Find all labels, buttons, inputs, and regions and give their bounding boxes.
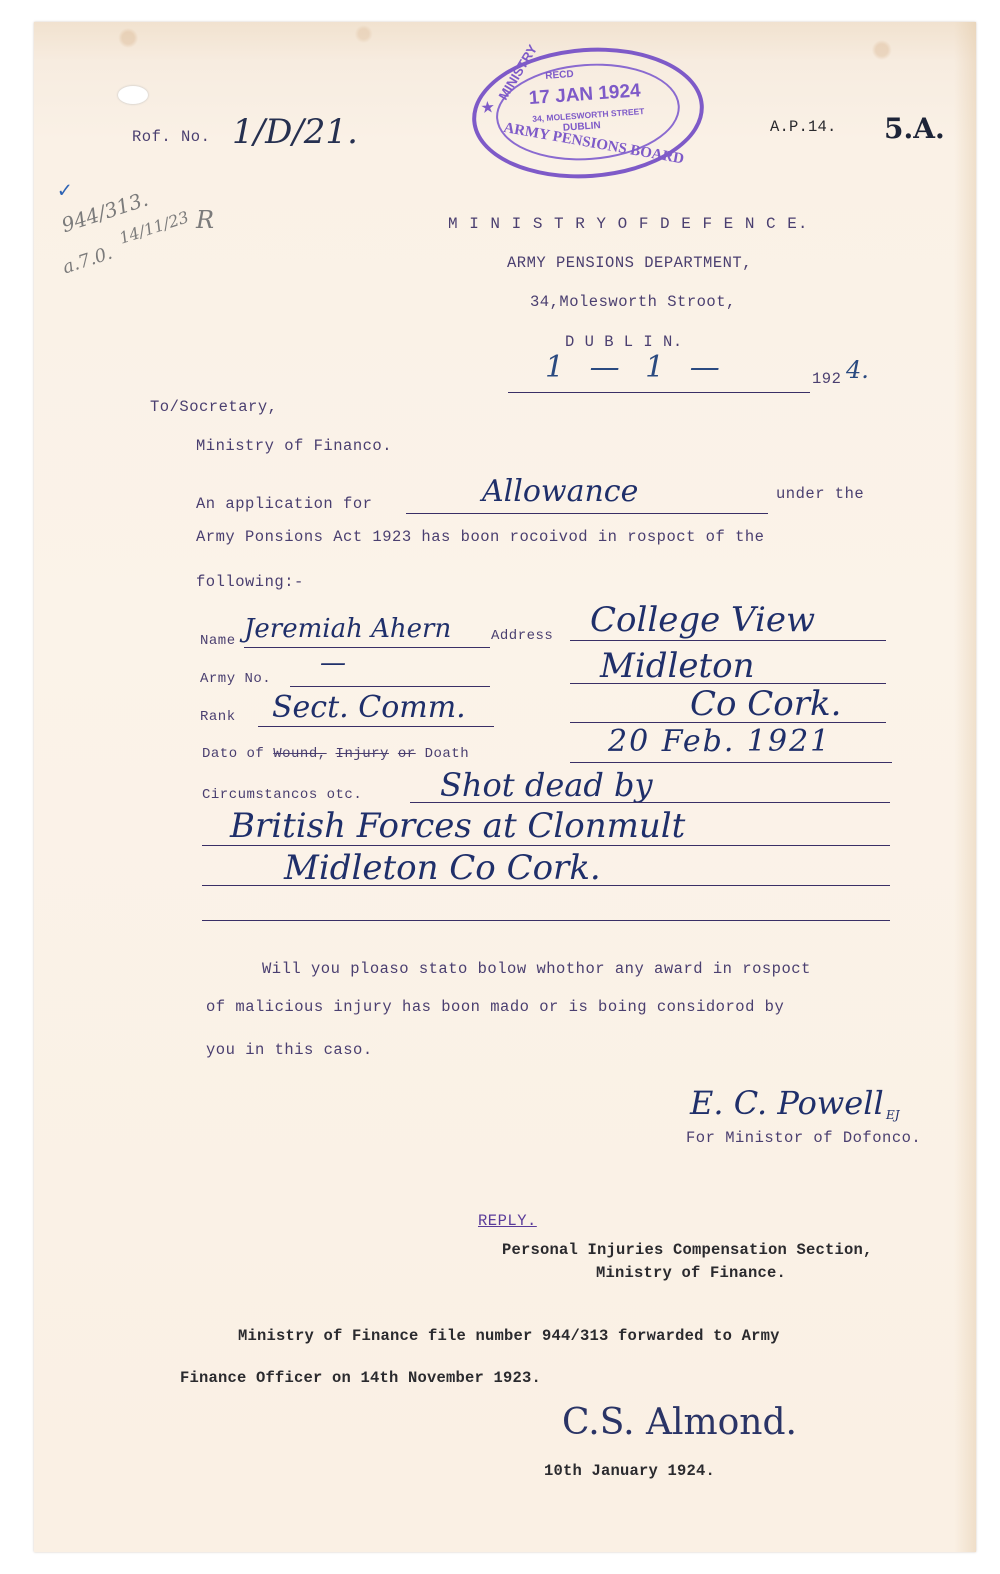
date-label-suffix: Doath <box>425 746 470 762</box>
application-prefix: An application for <box>196 495 372 513</box>
body-line2: Army Ponsions Act 1923 has boon rocoivod… <box>196 528 765 546</box>
ref-value: 1/D/21. <box>232 112 358 152</box>
address-label: Address <box>491 628 553 644</box>
letterhead-city: D U B L I N. <box>565 333 683 351</box>
stamp-received: RECD <box>545 69 574 82</box>
reply-section-line2: Ministry of Finance. <box>596 1264 786 1282</box>
file-mark: 5.A. <box>884 112 945 145</box>
letter-date-handwritten: 1 — 1 — <box>545 350 728 385</box>
application-type: Allowance <box>482 474 638 509</box>
application-type-underline <box>406 513 768 514</box>
reply-section-line1: Personal Injuries Compensation Section, <box>502 1241 873 1259</box>
date-underline-field <box>570 762 892 763</box>
address-line3: Co Cork. <box>690 684 841 724</box>
request-line2: of malicious injury has boon mado or is … <box>206 998 784 1016</box>
request-line3: you in this caso. <box>206 1041 373 1059</box>
letterhead-department: ARMY PENSIONS DEPARTMENT, <box>507 254 752 272</box>
checkmark-icon: ✓ <box>58 178 71 204</box>
addressee-line2: Ministry of Financo. <box>196 437 392 455</box>
letterhead-address: 34,Molesworth Stroot, <box>530 293 736 311</box>
reply-date: 10th January 1924. <box>544 1462 715 1480</box>
rank-underline <box>258 726 494 727</box>
army-no-underline <box>290 686 490 687</box>
punch-hole <box>118 86 148 104</box>
request-line1: Will you ploaso stato bolow whothor any … <box>262 960 811 978</box>
date-value: 20 Feb. 1921 <box>608 724 831 759</box>
date-label-wound-struck: Wound, <box>273 746 326 762</box>
letter-year-suffix: 4. <box>846 356 869 384</box>
stamp-star-icon: ★ <box>481 99 495 117</box>
signature-powell-initials: EJ <box>886 1108 900 1122</box>
army-no-label: Army No. <box>200 671 271 687</box>
address-line1-underline <box>570 640 886 641</box>
date-label-prefix: Dato of <box>202 746 264 762</box>
letter-year-prefix: 192 <box>812 370 841 388</box>
address-line3-underline <box>570 722 886 723</box>
address-line2: Midleton <box>600 646 754 686</box>
reply-text-line2: Finance Officer on 14th November 1923. <box>180 1369 541 1387</box>
rank-label: Rank <box>200 709 236 725</box>
date-underline <box>508 392 810 393</box>
circumstances-line1-underline <box>410 802 890 803</box>
army-no-value: — <box>320 648 346 678</box>
margin-note-initials: R <box>196 206 214 234</box>
circumstances-line4-underline <box>202 920 890 921</box>
date-label-or-struck: or <box>398 746 416 762</box>
name-value: Jeremiah Ahern <box>244 614 451 644</box>
name-underline <box>244 647 490 648</box>
signature-powell-title: For Ministor of Dofonco. <box>686 1129 921 1147</box>
circumstances-label: Circumstancos otc. <box>202 787 362 803</box>
application-suffix: under the <box>776 485 864 503</box>
reply-text-line1: Ministry of Finance file number 944/313 … <box>238 1327 780 1345</box>
signature-powell: E. C. Powell <box>690 1084 884 1122</box>
rank-value: Sect. Comm. <box>272 690 466 725</box>
addressee-line1: To/Socretary, <box>150 398 277 416</box>
name-label: Name <box>200 633 236 649</box>
ref-label: Rof. No. <box>132 128 210 146</box>
form-code: A.P.14. <box>770 118 837 136</box>
circumstances-line2-underline <box>202 845 890 846</box>
body-line3: following:- <box>196 573 304 591</box>
signature-almond: C.S. Almond. <box>562 1402 797 1443</box>
date-label: Dato of Wound, Injury or Doath <box>202 746 469 762</box>
letterhead-ministry: M I N I S T R Y O F D E F E N C E. <box>448 215 808 233</box>
circumstances-line1: Shot dead by <box>440 766 653 804</box>
circumstances-line3-underline <box>202 885 890 886</box>
reply-heading: REPLY. <box>478 1212 537 1230</box>
address-line1: College View <box>590 600 815 640</box>
circumstances-line2: British Forces at Clonmult <box>230 806 685 846</box>
circumstances-line3: Midleton Co Cork. <box>284 848 601 888</box>
date-label-injury-struck: Injury <box>336 746 389 762</box>
